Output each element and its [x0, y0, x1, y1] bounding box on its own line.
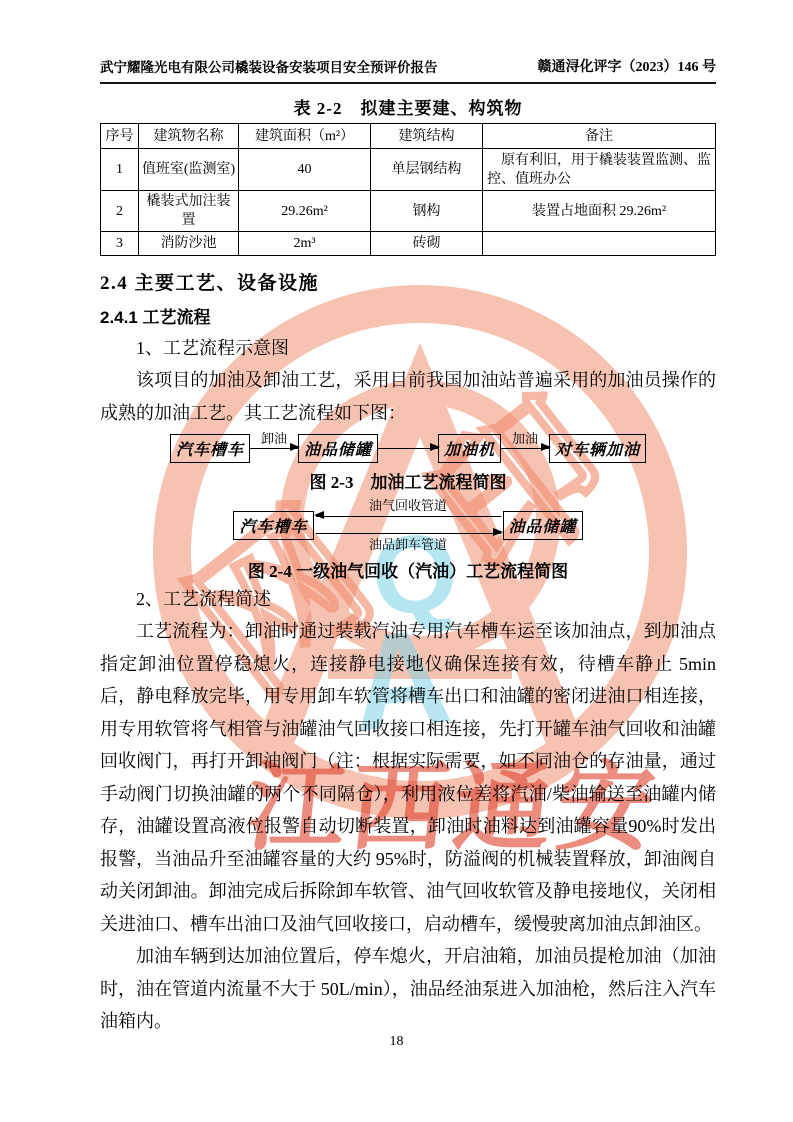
flow-box-storage-tank: 油品储罐 — [298, 434, 378, 463]
cell-note: 装置占地面积 29.26m² — [483, 191, 716, 232]
flow-diagram-middle: 油气回收管道 油品卸车管道 — [316, 498, 501, 552]
col-header-note: 备注 — [483, 124, 716, 149]
section-heading-2-4: 2.4 主要工艺、设备设施 — [100, 268, 716, 295]
page-header: 武宁耀隆光电有限公司橇装设备安装项目安全预评价报告 赣通浔化评字（2023）14… — [100, 0, 716, 84]
page-number: 18 — [0, 1034, 793, 1050]
buildings-table: 序号 建筑物名称 建筑面积（m²） 建筑结构 备注 1 值班室(监测室) 40 … — [100, 123, 716, 256]
table-header-row: 序号 建筑物名称 建筑面积（m²） 建筑结构 备注 — [101, 124, 716, 149]
cell-name: 橇装式加注装置 — [139, 191, 239, 232]
flow-box-storage-tank: 油品储罐 — [503, 511, 583, 540]
arrow-label-unload: 卸油 — [261, 428, 287, 447]
cell-structure: 钢构 — [371, 191, 483, 232]
table-row: 1 值班室(监测室) 40 单层钢结构 原有利旧，用于橇装装置监测、监控、值班办… — [101, 149, 716, 191]
process-description-paragraph: 工艺流程为：卸油时通过装载汽油专用汽车槽车运至该加油点，到加油点指定卸油位置停稳… — [100, 615, 716, 940]
document-page: 网 印 Q A 江西通安 武宁耀隆光电有限公司橇装设备安装项目安全预评价报告 赣… — [0, 0, 793, 1122]
cell-structure: 单层钢结构 — [371, 149, 483, 191]
col-header-name: 建筑物名称 — [139, 124, 239, 149]
page-content: 武宁耀隆光电有限公司橇装设备安装项目安全预评价报告 赣通浔化评字（2023）14… — [100, 0, 716, 1038]
flow-arrow-left-icon — [316, 516, 501, 517]
section-heading-2-4-1: 2.4.1 工艺流程 — [100, 303, 716, 328]
cell-seq: 1 — [101, 149, 139, 191]
figure-2-4-caption: 图 2-4 一级油气回收（汽油）工艺流程简图 — [100, 557, 716, 582]
arrow-label-refuel: 加油 — [512, 428, 538, 447]
col-header-area: 建筑面积（m²） — [239, 124, 371, 149]
cell-structure: 砖砌 — [371, 232, 483, 256]
flow-box-vehicle-refuel: 对车辆加油 — [549, 434, 646, 463]
refueling-paragraph: 加油车辆到达加油位置后，停车熄火，开启油箱，加油员提枪加油（加油时，油在管道内流… — [100, 940, 716, 1038]
cell-area: 40 — [239, 149, 371, 191]
cell-area: 2m³ — [239, 232, 371, 256]
flow-arrow-right-icon — [316, 533, 501, 534]
vapor-recovery-flow-diagram: 汽车槽车 油气回收管道 油品卸车管道 油品储罐 — [100, 498, 716, 552]
flow-box-dispenser: 加油机 — [438, 434, 501, 463]
list-item-1: 1、工艺流程示意图 — [100, 334, 716, 362]
cell-name: 消防沙池 — [139, 232, 239, 256]
flow-arrow-refuel-icon: 加油 — [501, 448, 549, 449]
flow-arrow-icon — [378, 448, 438, 449]
cell-seq: 2 — [101, 191, 139, 232]
cell-note — [483, 232, 716, 256]
cell-seq: 3 — [101, 232, 139, 256]
table-row: 2 橇装式加注装置 29.26m² 钢构 装置占地面积 29.26m² — [101, 191, 716, 232]
spacer — [316, 520, 501, 530]
cell-note: 原有利旧，用于橇装装置监测、监控、值班办公 — [483, 149, 716, 191]
refueling-flow-diagram: 汽车槽车 卸油 油品储罐 加油机 加油 对车辆加油 — [100, 434, 716, 463]
figure-2-3-caption: 图 2-3 加油工艺流程简图 — [100, 468, 716, 493]
intro-paragraph: 该项目的加油及卸油工艺，采用目前我国加油站普遍采用的加油员操作的成熟的加油工艺。… — [100, 364, 716, 429]
label-unloading-pipe: 油品卸车管道 — [316, 537, 501, 552]
cell-name: 值班室(监测室) — [139, 149, 239, 191]
flow-box-tanker: 汽车槽车 — [233, 511, 313, 540]
col-header-structure: 建筑结构 — [371, 124, 483, 149]
list-item-2: 2、工艺流程简述 — [100, 585, 716, 613]
flow-arrow-unload-icon: 卸油 — [250, 448, 298, 449]
header-report-title: 武宁耀隆光电有限公司橇装设备安装项目安全预评价报告 — [100, 56, 438, 76]
label-vapor-recovery-pipe: 油气回收管道 — [316, 498, 501, 513]
flow-box-tanker: 汽车槽车 — [170, 434, 250, 463]
cell-area: 29.26m² — [239, 191, 371, 232]
table-title: 表 2-2 拟建主要建、构筑物 — [100, 94, 716, 119]
table-row: 3 消防沙池 2m³ 砖砌 — [101, 232, 716, 256]
col-header-seq: 序号 — [101, 124, 139, 149]
header-doc-number: 赣通浔化评字（2023）146 号 — [538, 56, 717, 76]
